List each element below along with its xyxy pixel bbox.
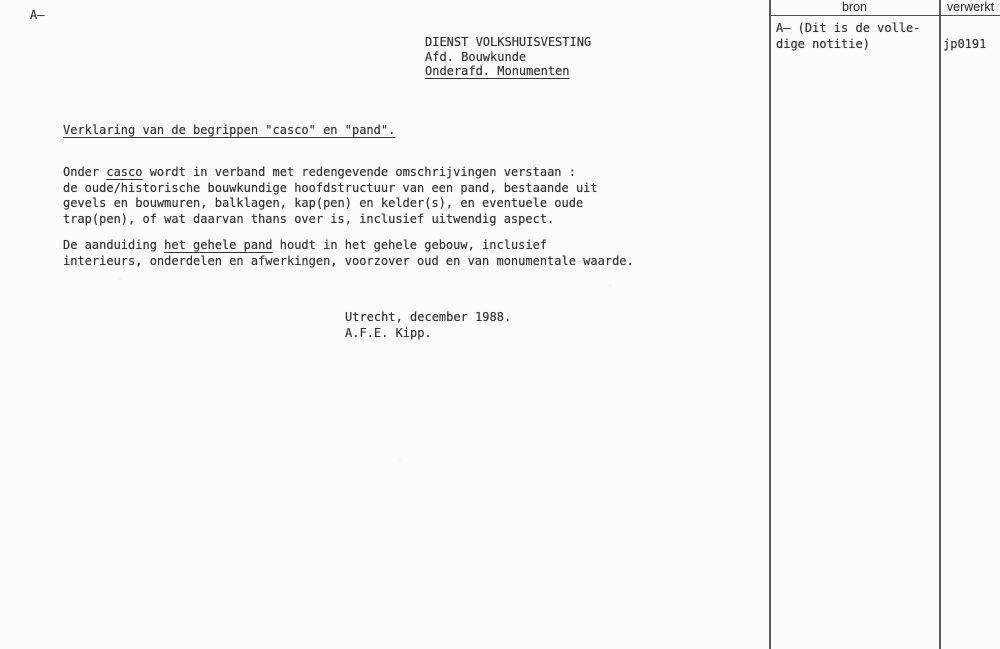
casco-term: casco [106, 165, 142, 179]
margin-table-header-rule [769, 15, 1000, 17]
paragraph-pand: De aanduiding het gehele pand houdt in h… [63, 238, 634, 269]
bron-cell-note: A– (Dit is de volle- dige notitie) [776, 21, 921, 52]
signature-block: Utrecht, december 1988. A.F.E. Kipp. [345, 310, 511, 341]
letterhead-subdivision: Onderafd. Monumenten [425, 64, 591, 79]
paragraph-casco-pre: Onder [63, 165, 106, 179]
margin-table-column-divider [939, 0, 941, 649]
letterhead: DIENST VOLKSHUISVESTING Afd. Bouwkunde O… [425, 35, 591, 79]
letterhead-division: Afd. Bouwkunde [425, 50, 591, 65]
document-title: Verklaring van de begrippen "casco" en "… [63, 123, 395, 139]
paragraph-casco-rest: wordt in verband met redengevende omschr… [63, 165, 598, 226]
column-header-bron: bron [771, 0, 938, 14]
verwerkt-cell-code: jp0191 [943, 37, 986, 53]
signature-author: A.F.E. Kipp. [345, 326, 511, 342]
scanned-document: { "doc": { "corner_mark": "A–", "letterh… [0, 0, 1000, 649]
gehele-pand-term: het gehele pand [164, 238, 272, 252]
signature-place-date: Utrecht, december 1988. [345, 310, 511, 326]
paragraph-casco: Onder casco wordt in verband met redenge… [63, 165, 598, 227]
letterhead-department: DIENST VOLKSHUISVESTING [425, 35, 591, 50]
corner-mark: A– [30, 8, 44, 24]
column-header-verwerkt: verwerkt [941, 0, 1000, 14]
paragraph-pand-pre: De aanduiding [63, 238, 164, 252]
margin-table-left-rule [769, 0, 771, 649]
